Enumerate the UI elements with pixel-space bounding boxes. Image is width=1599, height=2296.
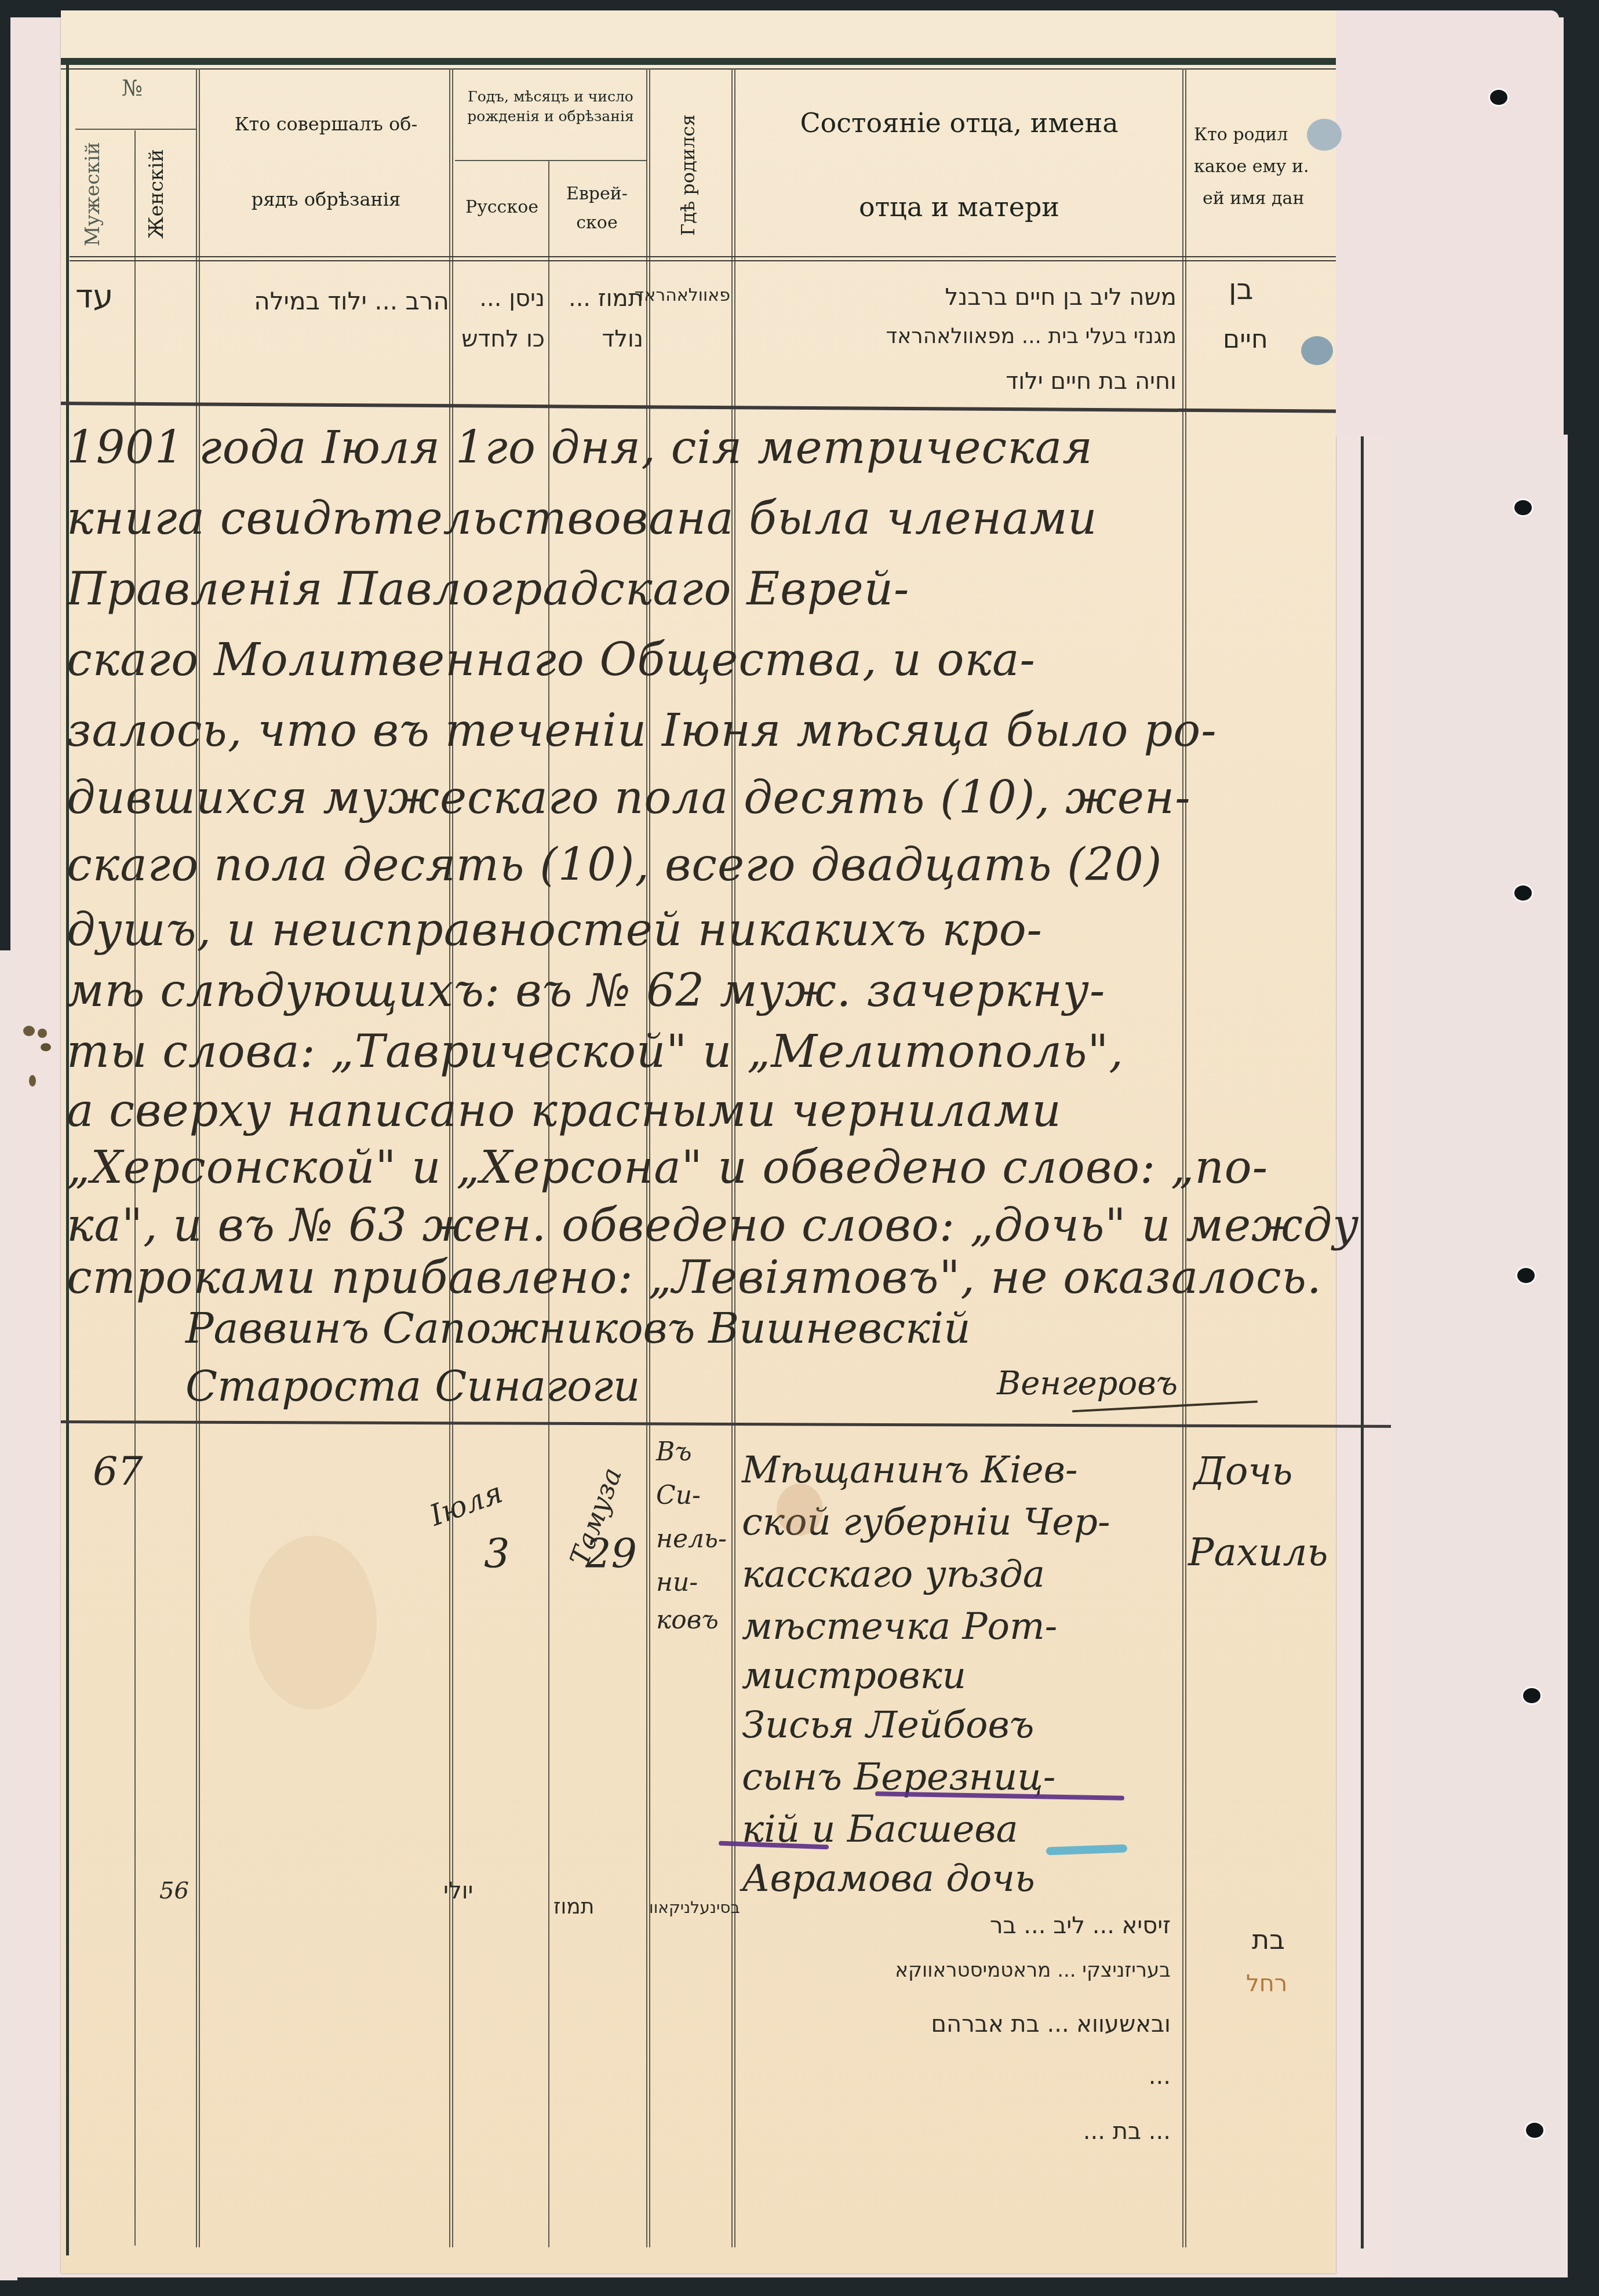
child-label-line3: ей имя дан <box>1203 188 1342 209</box>
binding-hole <box>1513 498 1534 517</box>
table-top-border-inner <box>61 68 1336 70</box>
entry-birthplace: нель- <box>656 1524 727 1554</box>
entry-child-hebrew-line1: בן <box>1229 272 1254 306</box>
entry-birthplace: Си- <box>656 1481 701 1510</box>
entry-child-hebrew-line1: בת <box>1252 1924 1285 1955</box>
entry-date-russian-hebrew: יולי <box>443 1878 473 1904</box>
scan-bottom-edge <box>0 2280 1599 2296</box>
entry-birthplace-hebrew: פאוולאהראד <box>652 278 730 313</box>
date-jewish-label: Еврей-ское <box>551 180 643 238</box>
parents-label-line1: Состояніе отца, имена <box>739 107 1179 139</box>
wax-seal-mark <box>1307 119 1342 151</box>
performer-label-line2: рядъ обрѣзанія <box>203 188 449 210</box>
entry-child-line2: Рахиль <box>1188 1530 1328 1575</box>
entry-birthplace-hebrew: בסינעלניקאוו <box>649 1898 740 1917</box>
entry-date-jewish-hebrew: תמוז <box>553 1895 594 1919</box>
birthplace-label: Гдѣ родился <box>677 104 699 246</box>
certification-line: книга свидѣтельствована была членами <box>67 493 1359 562</box>
entry-birthplace: ковъ <box>656 1605 719 1635</box>
stain <box>249 1536 377 1710</box>
header-subrule <box>455 160 646 161</box>
certification-line: залось, что въ теченіи Іюня мѣсяца было … <box>67 705 1359 774</box>
female-label: Женскій <box>145 139 168 249</box>
number-label: № <box>122 75 143 101</box>
entry-date-russian-day: 3 <box>484 1530 510 1577</box>
signature-rabbi: Раввинъ Сапожниковъ Вишневскій <box>185 1304 971 1353</box>
header-subrule <box>75 129 197 130</box>
binding-hole <box>1516 1266 1536 1285</box>
certification-line: скаго пола десять (10), всего двадцать (… <box>67 839 1359 909</box>
entry-parents-hebrew-line1: משה ליב בן חיים ברבנל <box>748 284 1177 311</box>
entry-parents-hebrew-line: בעריזניצקי ... מראטמיסטראווקא <box>742 1959 1171 1982</box>
certification-line: мѣ слѣдующихъ: въ № 62 муж. зачеркну- <box>67 965 1359 1034</box>
wax-seal-mark <box>1301 336 1333 365</box>
male-label: Мужескій <box>81 139 104 249</box>
entry-parents-hebrew-line: ובאשעווא ... בת אברהם <box>742 2011 1171 2038</box>
entry-parents-hebrew-line: ... בת ... <box>742 2118 1171 2145</box>
performer-label-line1: Кто совершалъ об- <box>203 113 449 135</box>
foxing-mark <box>41 1043 51 1051</box>
entry-number-hebrew: עד <box>75 278 114 316</box>
date-label: Годъ, мѣсяцъ и число рожденія и обрѣзані… <box>458 87 643 126</box>
foxing-mark <box>29 1075 36 1087</box>
entry-parents-line: Аврамова дочь <box>742 1857 1035 1900</box>
entry-parents-line: мистровки <box>742 1654 966 1697</box>
overlay-paper-top <box>1336 10 1559 436</box>
left-paper-strip <box>0 950 17 2283</box>
certification-line: душъ, и неисправностей никакихъ кро- <box>67 904 1359 974</box>
entry-birthplace: Въ <box>656 1437 692 1467</box>
date-russian-label: Русское <box>456 197 548 217</box>
entry-child-hebrew-line2: חיים <box>1223 325 1268 354</box>
entry-date-jewish-day: 29 <box>585 1530 637 1577</box>
binding-hole <box>1521 1686 1542 1705</box>
entry-birthplace: ни- <box>656 1568 698 1597</box>
entry-parents-hebrew-line3: וחיה בת חיים ילוד <box>748 368 1177 395</box>
table-right-border <box>1361 429 1364 2248</box>
certification-line: дившихся мужескаго пола десять (10), жен… <box>67 772 1359 841</box>
scan-edge <box>1568 17 1599 2277</box>
entry-date-russian-hebrew: ניסן ... כו לחדש <box>458 278 545 359</box>
entry-number: 67 <box>93 1449 143 1495</box>
entry-date-jewish-hebrew: תמוז ... נולד <box>553 278 643 359</box>
binding-hole <box>1488 88 1509 107</box>
binding-hole <box>1524 2121 1545 2140</box>
parents-label-line2: отца и матери <box>739 191 1179 223</box>
entry-performer-hebrew: הרב ... ילוד במילה <box>200 278 449 325</box>
entry-parents-line: Зисья Лейбовъ <box>742 1704 1035 1747</box>
foxing-mark <box>38 1029 47 1038</box>
signature-elder-title: Староста Синагоги <box>185 1362 640 1411</box>
certification-line: 1901 года Іюля 1го дня, сія метрическая <box>67 422 1359 491</box>
entry-number-hebrew-note: 56 <box>159 1878 189 1904</box>
entry-parents-hebrew-line: ... <box>742 2063 1171 2090</box>
overlay-paper-right <box>1391 435 1576 2277</box>
table-top-border <box>61 58 1336 65</box>
stain <box>777 1484 823 1536</box>
entry-child-line1: Дочь <box>1194 1449 1292 1493</box>
entry-parents-hebrew-line2: מגנזי בעלי בית ... מפאוולאהראד <box>748 325 1177 348</box>
entry-child-hebrew-line2: רחל <box>1246 1970 1287 1997</box>
child-label-line2: какое ему и. <box>1194 156 1339 177</box>
entry-parents-line: мѣстечка Рот- <box>742 1605 1057 1648</box>
entry-parents-line: касскаго уѣзда <box>742 1553 1045 1596</box>
entry-parents-hebrew-line: זיסיא ... ליב ... בר <box>742 1912 1171 1939</box>
signature-elder-name: Венгеровъ <box>997 1365 1178 1402</box>
certification-line: скаго Молитвеннаго Общества, и ока- <box>67 634 1359 704</box>
header-bottom-rule <box>70 256 1336 257</box>
certification-line: Правленія Павлоградскаго Еврей- <box>67 563 1359 633</box>
foxing-mark <box>23 1026 35 1036</box>
header-bottom-rule <box>70 260 1336 261</box>
binding-hole <box>1513 884 1534 902</box>
